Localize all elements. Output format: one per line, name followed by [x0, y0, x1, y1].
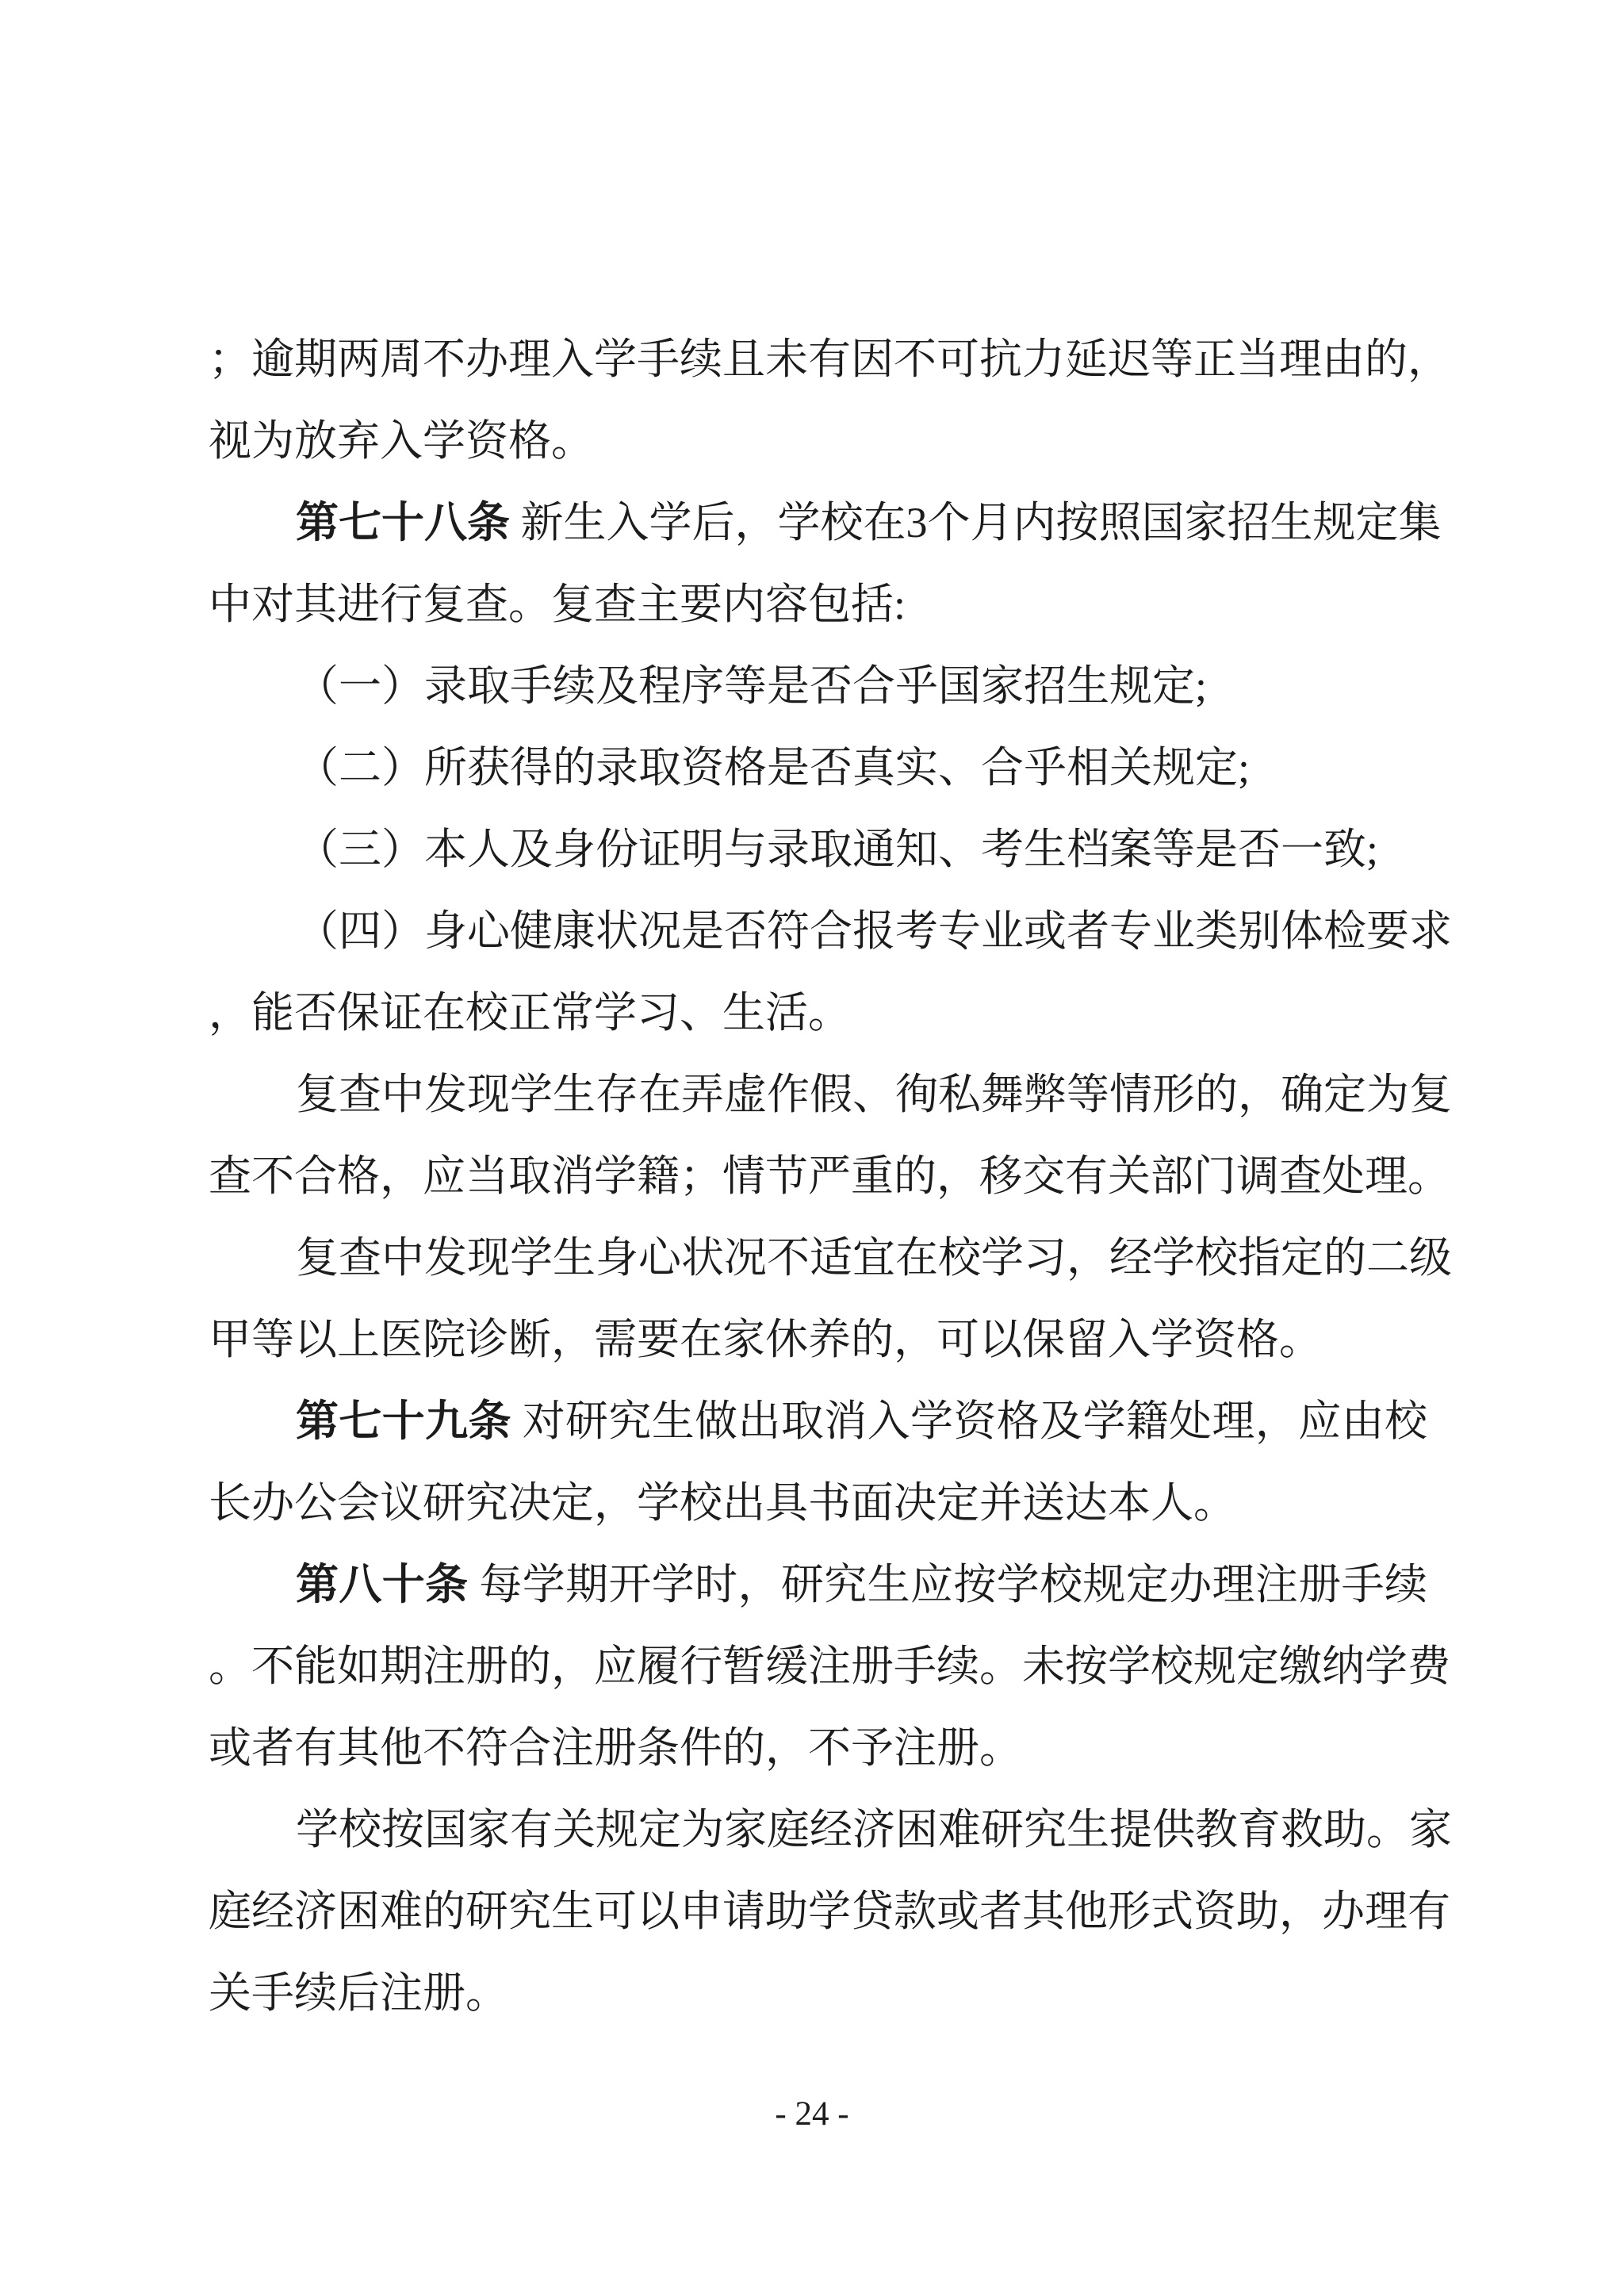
text-line: 复查中发现学生身心状况不适宜在校学习，经学校指定的二级 — [209, 1217, 1427, 1299]
text-line: 中对其进行复查。复查主要内容包括: — [209, 564, 1427, 646]
text-line: 关手续后注册。 — [209, 1953, 1427, 2034]
text-line: 甲等以上医院诊断，需要在家休养的，可以保留入学资格。 — [209, 1299, 1427, 1381]
text-line: 第七十九条 对研究生做出取消入学资格及学籍处理，应由校 — [209, 1381, 1427, 1462]
line-text: （二）所获得的录取资格是否真实、合乎相关规定; — [296, 744, 1250, 792]
text-line: 复查中发现学生存在弄虚作假、徇私舞弊等情形的，确定为复 — [209, 1054, 1427, 1136]
text-line: （四）身心健康状况是否符合报考专业或者专业类别体检要求 — [209, 891, 1427, 972]
text-line: 长办公会议研究决定，学校出具书面决定并送达本人。 — [209, 1462, 1427, 1544]
line-text: 学校按国家有关规定为家庭经济困难研究生提供教育救助。家 — [296, 1806, 1452, 1853]
line-text: 。不能如期注册的，应履行暂缓注册手续。未按学校规定缴纳学费 — [209, 1642, 1450, 1690]
line-text: 复查中发现学生存在弄虚作假、徇私舞弊等情形的，确定为复 — [296, 1071, 1452, 1118]
document-page: { "page": { "background": "#ffffff", "te… — [0, 0, 1624, 2296]
text-line: 视为放弃入学资格。 — [209, 401, 1427, 482]
text-line: （一）录取手续及程序等是否合乎国家招生规定; — [209, 646, 1427, 727]
line-text: （一）录取手续及程序等是否合乎国家招生规定; — [296, 662, 1207, 710]
article-heading: 第八十条 — [296, 1561, 468, 1608]
line-text: 关手续后注册。 — [209, 1969, 508, 2017]
line-text: 每学期开学时，研究生应按学校规定办理注册手续 — [468, 1561, 1427, 1608]
document-body: ；逾期两周不办理入学手续且未有因不可抗力延迟等正当理由的， 视为放弃入学资格。 … — [209, 319, 1427, 2034]
line-text: ；逾期两周不办理入学手续且未有因不可抗力延迟等正当理由的， — [209, 335, 1450, 383]
text-line: 第八十条 每学期开学时，研究生应按学校规定办理注册手续 — [209, 1544, 1427, 1626]
line-text: 甲等以上医院诊断，需要在家休养的，可以保留入学资格。 — [209, 1316, 1322, 1363]
line-text: （三）本人及身份证明与录取通知、考生档案等是否一致; — [296, 826, 1378, 873]
line-text: 对研究生做出取消入学资格及学籍处理，应由校 — [511, 1397, 1427, 1445]
line-text: 或者有其他不符合注册条件的，不予注册。 — [209, 1724, 1022, 1772]
line-text: 长办公会议研究决定，学校出具书面决定并送达本人。 — [209, 1479, 1236, 1527]
article-heading: 第七十九条 — [296, 1397, 511, 1445]
line-text: 查不合格，应当取消学籍；情节严重的，移交有关部门调查处理。 — [209, 1152, 1450, 1200]
text-line: （三）本人及身份证明与录取通知、考生档案等是否一致; — [209, 809, 1427, 891]
text-line: 。不能如期注册的，应履行暂缓注册手续。未按学校规定缴纳学费 — [209, 1626, 1427, 1708]
text-line: ，能否保证在校正常学习、生活。 — [209, 972, 1427, 1054]
text-line: 第七十八条 新生入学后，学校在3个月内按照国家招生规定集 — [209, 482, 1427, 564]
line-text: 庭经济困难的研究生可以申请助学贷款或者其他形式资助，办理有 — [209, 1888, 1450, 1935]
text-line: 学校按国家有关规定为家庭经济困难研究生提供教育救助。家 — [209, 1789, 1427, 1871]
line-text: 新生入学后，学校在3个月内按照国家招生规定集 — [510, 499, 1442, 546]
page-number: - 24 - — [0, 2092, 1624, 2137]
text-line: 查不合格，应当取消学籍；情节严重的，移交有关部门调查处理。 — [209, 1136, 1427, 1217]
line-text: 视为放弃入学资格。 — [209, 417, 594, 465]
text-line: ；逾期两周不办理入学手续且未有因不可抗力延迟等正当理由的， — [209, 319, 1427, 401]
line-text: ，能否保证在校正常学习、生活。 — [209, 989, 851, 1037]
text-line: （二）所获得的录取资格是否真实、合乎相关规定; — [209, 727, 1427, 809]
line-text: 复查中发现学生身心状况不适宜在校学习，经学校指定的二级 — [296, 1234, 1452, 1282]
text-line: 庭经济困难的研究生可以申请助学贷款或者其他形式资助，办理有 — [209, 1871, 1427, 1953]
text-line: 或者有其他不符合注册条件的，不予注册。 — [209, 1708, 1427, 1789]
line-text: （四）身心健康状况是否符合报考专业或者专业类别体检要求 — [296, 907, 1452, 955]
article-heading: 第七十八条 — [296, 499, 510, 546]
line-text: 中对其进行复查。复查主要内容包括: — [209, 581, 906, 628]
